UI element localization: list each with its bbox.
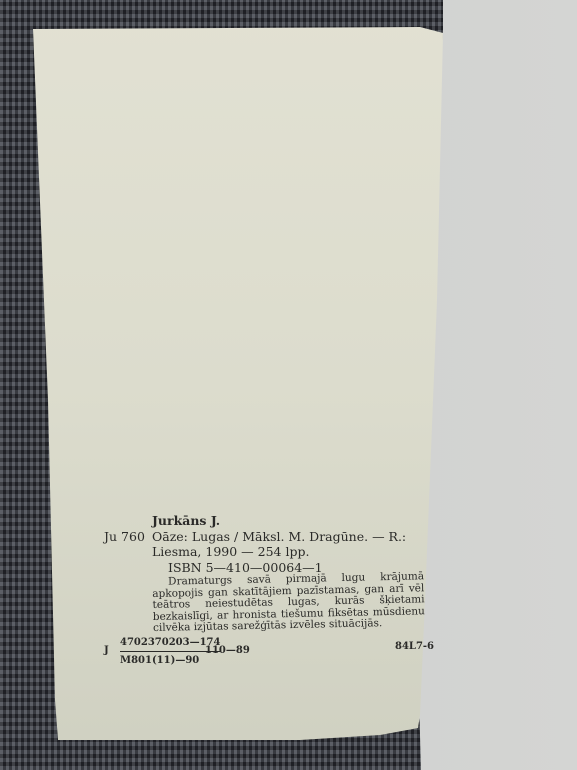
annotation: Dramaturgs savā pirmajā lugu krājumā apk… [152, 571, 425, 634]
classification-code: 84L7-6 [395, 639, 434, 654]
author-name: Jurkāns J. [152, 513, 220, 528]
publication-line: Liesma, 1990 — 254 lpp. [152, 544, 309, 559]
price-code: 110—89 [205, 643, 250, 658]
title-line: Oāze: Lugas / Māksl. M. Dragūne. — R.: [152, 529, 406, 544]
imprint-letter: J [104, 643, 109, 658]
call-number: Ju 760 [104, 529, 145, 544]
